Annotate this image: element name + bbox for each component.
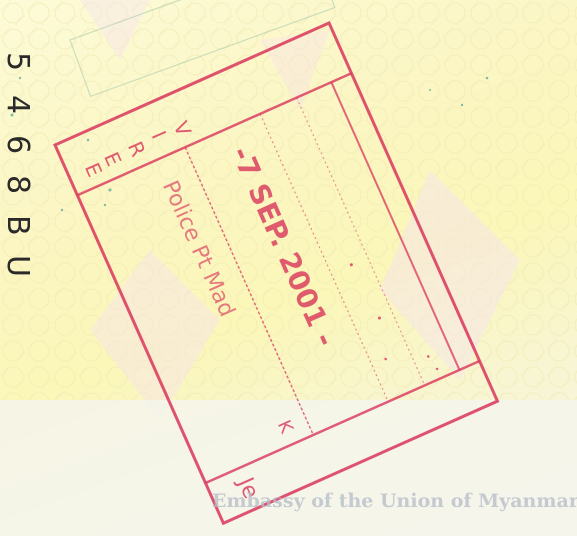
svg-text:U: U [0,255,35,277]
svg-text:4: 4 [0,95,35,114]
svg-text:5: 5 [0,52,35,71]
svg-text:6: 6 [0,135,35,154]
svg-text:8: 8 [0,175,35,194]
embassy-text: Embassy of the Union of Myanmar [212,490,577,512]
passport-page: 5 4 6 8 B U E E R I V Police Pt Mad -7 S… [0,0,577,536]
svg-text:B: B [0,215,35,236]
passport-photo: 5 4 6 8 B U E E R I V Police Pt Mad -7 S… [0,0,577,536]
